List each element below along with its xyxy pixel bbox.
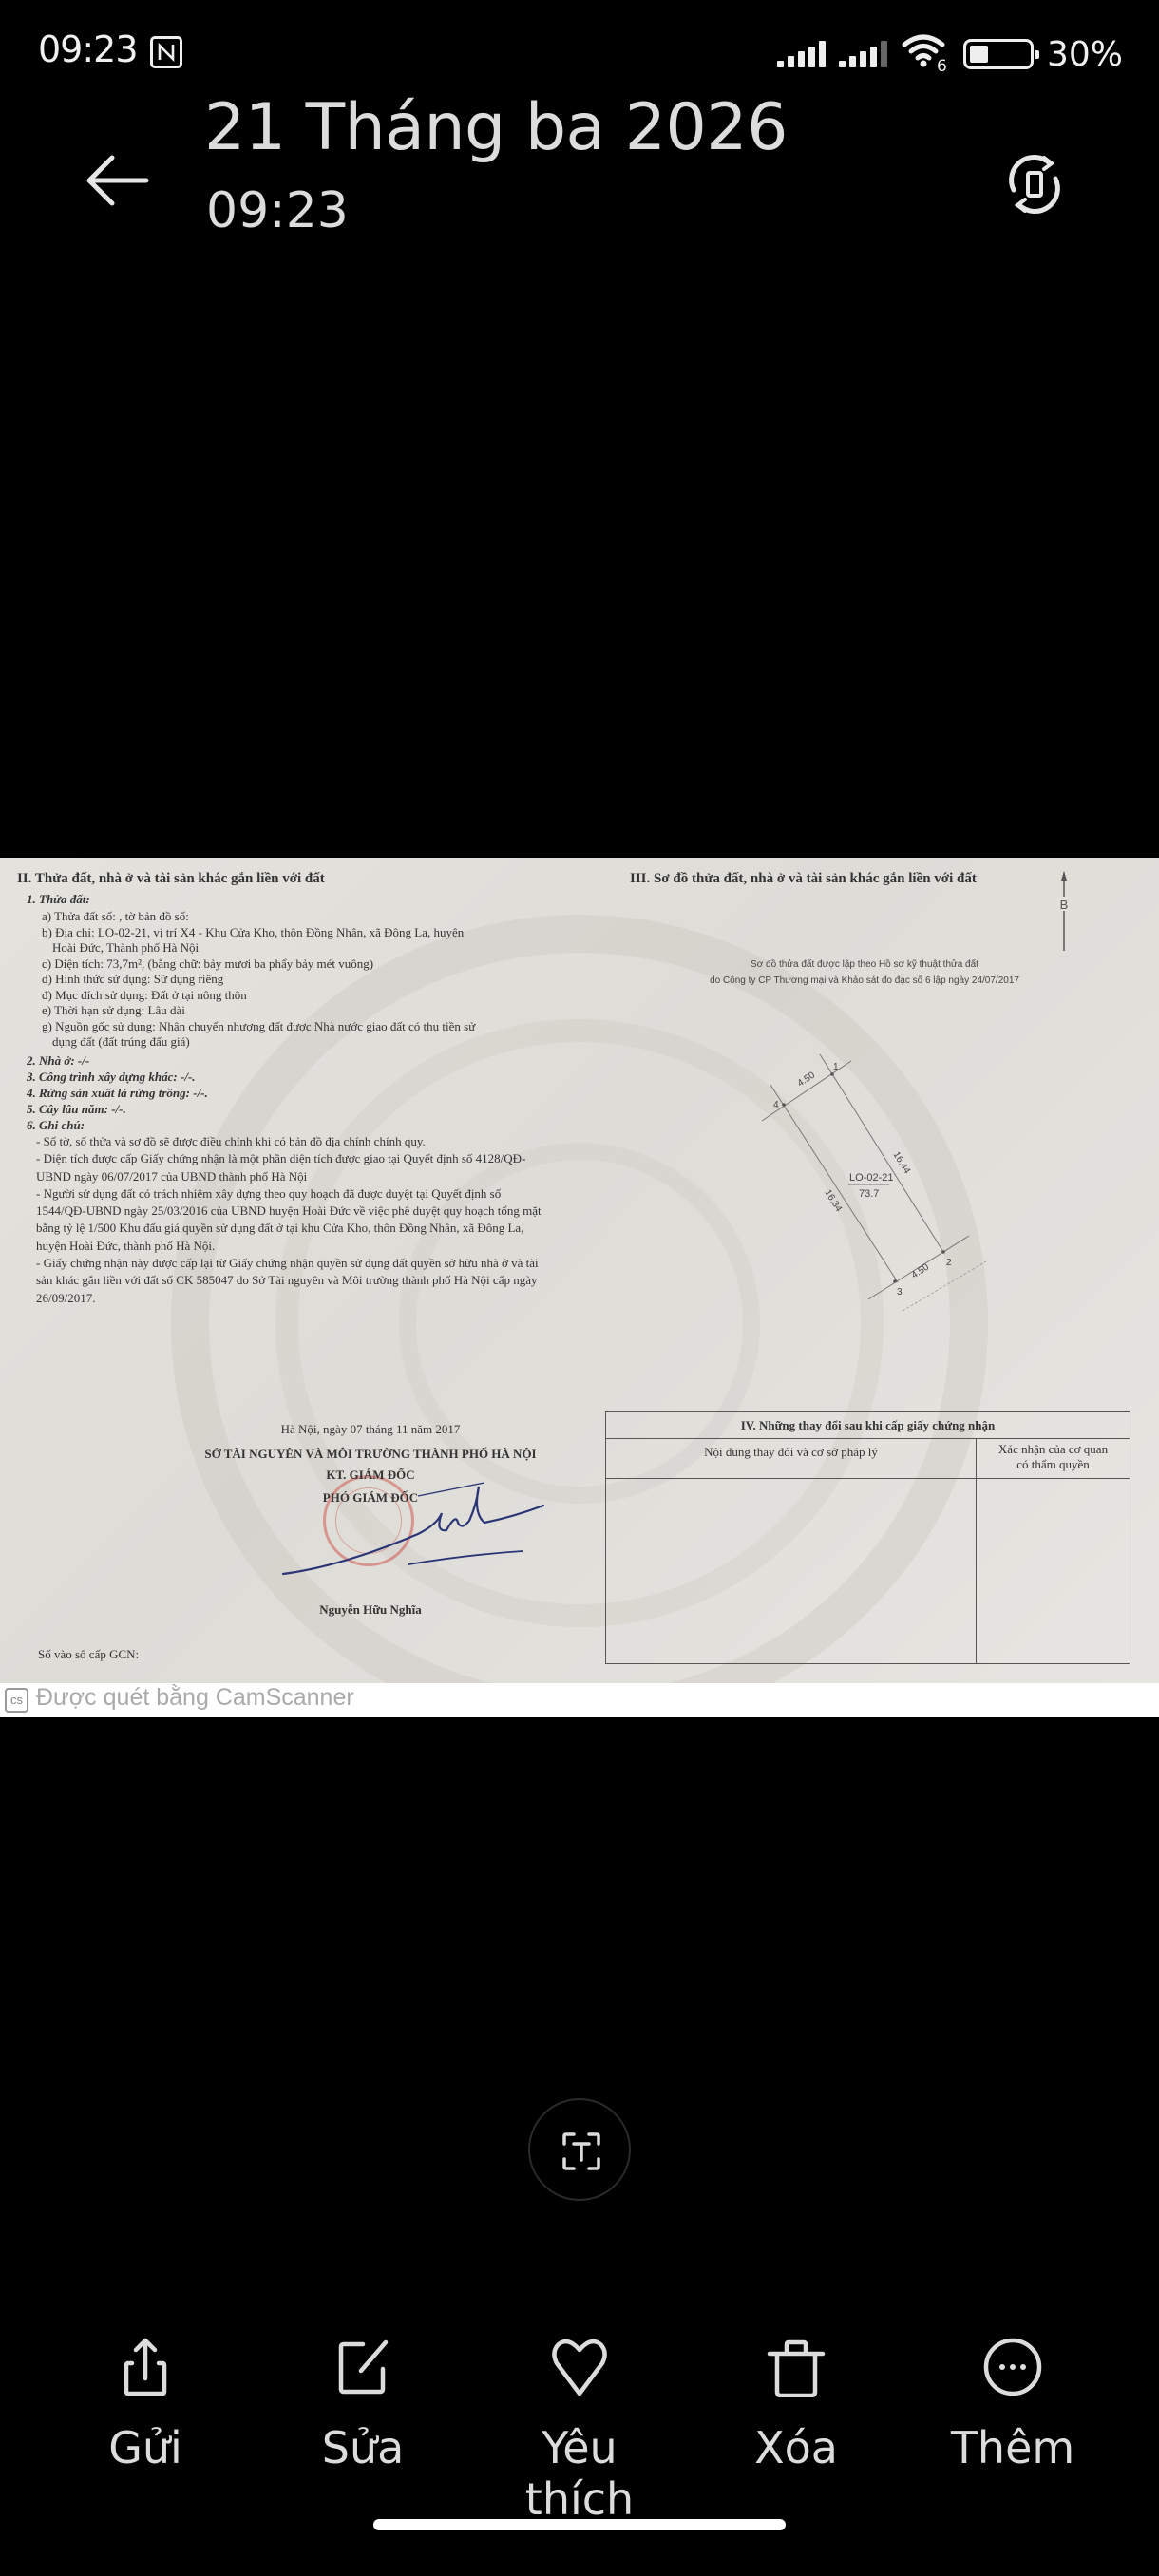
svg-text:4: 4	[773, 1100, 779, 1110]
heart-icon	[549, 2337, 610, 2397]
delete-label: Xóa	[701, 2422, 891, 2473]
svg-text:16.34: 16.34	[822, 1188, 844, 1214]
edit-button[interactable]: Sửa	[268, 2337, 458, 2473]
svg-text:B: B	[1060, 898, 1069, 912]
note-item: - Diện tích được cấp Giấy chứng nhận là …	[36, 1150, 549, 1185]
changes-cell-content	[606, 1479, 977, 1663]
note-item: - Giấy chứng nhận này được cấp lại từ Gi…	[36, 1255, 549, 1307]
note-item: - Số tờ, số thửa và sơ đồ sẽ được điều c…	[36, 1133, 549, 1150]
document-photo[interactable]: II. Thửa đất, nhà ở và tài sản khác gắn …	[0, 858, 1159, 1683]
signal-icon-sim2	[839, 41, 887, 67]
more-label: Thêm	[918, 2422, 1108, 2473]
trash-icon	[766, 2337, 826, 2397]
section-3-title: III. Sơ đồ thửa đất, nhà ở và tài sản kh…	[630, 871, 977, 887]
note-item: - Người sử dụng đất có trách nhiệm xây d…	[36, 1185, 549, 1255]
rotate-screen-icon	[1002, 152, 1067, 217]
col2-line1: Xác nhận của cơ quan	[977, 1442, 1130, 1457]
favorite-label: Yêu thích	[484, 2422, 674, 2525]
changes-col-confirmation: Xác nhận của cơ quan có thẩm quyền	[977, 1439, 1130, 1478]
status-time: 09:23	[38, 28, 138, 70]
battery-icon	[963, 39, 1034, 69]
gcn-register-label: Số vào sổ cấp GCN:	[38, 1647, 139, 1662]
section-2-sub1: 1. Thửa đất:	[27, 892, 90, 907]
status-bar: 09:23 6 30%	[0, 27, 1159, 80]
svg-text:73.7: 73.7	[859, 1188, 879, 1200]
section-2-sub4: 4. Rừng sản xuất là rừng trồng: -/-.	[27, 1086, 208, 1101]
camscanner-text: Được quét bằng CamScanner	[36, 1684, 354, 1712]
signal-icon-sim1	[777, 41, 826, 67]
section-2-sub5: 5. Cây lâu năm: -/-.	[27, 1102, 126, 1117]
edit-icon	[332, 2337, 393, 2397]
issue-date: Hà Nội, ngày 07 tháng 11 năm 2017	[152, 1422, 589, 1437]
section-2-sub2: 2. Nhà ở: -/-	[27, 1053, 89, 1069]
delete-button[interactable]: Xóa	[701, 2337, 891, 2473]
share-label: Gửi	[50, 2422, 240, 2473]
land-plot-diagram: 1 2 3 4 4.50 16.44 16.34 4.50 LO-02-21 7…	[741, 1045, 1045, 1311]
text-scan-icon	[559, 2129, 604, 2174]
section-2-sub6: 6. Ghi chú:	[27, 1118, 85, 1133]
survey-line-1: Sơ đồ thửa đất được lập theo Hồ sơ kỹ th…	[684, 957, 1045, 973]
issuing-org: SỞ TÀI NGUYÊN VÀ MÔI TRƯỜNG THÀNH PHỐ HÀ…	[123, 1447, 617, 1462]
svg-text:2: 2	[946, 1258, 952, 1268]
doc-line: e) Thời hạn sử dụng: Lâu dài	[42, 1003, 185, 1018]
favorite-button[interactable]: Yêu thích	[484, 2337, 674, 2525]
doc-line: a) Thửa đất số: , tờ bản đồ số:	[42, 909, 189, 924]
share-icon	[115, 2337, 176, 2397]
bottom-toolbar: Gửi Sửa Yêu thích Xóa Thêm	[0, 2337, 1159, 2489]
svg-text:3: 3	[897, 1287, 902, 1297]
doc-line: g) Nguồn gốc sử dụng: Nhận chuyển nhượng…	[42, 1019, 475, 1034]
arrow-left-icon	[84, 152, 152, 209]
battery-percent: 30%	[1047, 35, 1123, 74]
back-button[interactable]	[84, 152, 152, 209]
rotate-button[interactable]	[1002, 152, 1067, 217]
share-button[interactable]: Gửi	[50, 2337, 240, 2473]
doc-line: b) Địa chỉ: LO-02-21, vị trí X4 - Khu Cử…	[42, 925, 464, 940]
signer-name: Nguyễn Hữu Nghĩa	[152, 1602, 589, 1618]
doc-line: dụng đất (đất trúng đấu giá)	[52, 1034, 190, 1050]
battery-fill	[970, 46, 988, 63]
survey-note: Sơ đồ thửa đất được lập theo Hồ sơ kỹ th…	[684, 957, 1045, 989]
home-indicator[interactable]	[373, 2519, 786, 2530]
notes-text: - Số tờ, số thửa và sơ đồ sẽ được điều c…	[36, 1133, 549, 1307]
svg-text:1: 1	[833, 1062, 839, 1072]
section-2-title: II. Thửa đất, nhà ở và tài sản khác gắn …	[17, 871, 325, 887]
photo-time: 09:23	[206, 182, 349, 239]
section-4-title: IV. Những thay đổi sau khi cấp giấy chứn…	[606, 1412, 1130, 1439]
more-button[interactable]: Thêm	[918, 2337, 1108, 2473]
col2-line2: có thẩm quyền	[977, 1457, 1130, 1472]
edit-label: Sửa	[268, 2422, 458, 2473]
changes-col-content: Nội dung thay đổi và cơ sở pháp lý	[606, 1439, 977, 1478]
doc-line: đ) Mục đích sử dụng: Đất ở tại nông thôn	[42, 988, 247, 1003]
camscanner-logo-icon: cs	[5, 1688, 28, 1713]
status-icons: 6 30%	[777, 34, 1123, 74]
camscanner-footer: cs Được quét bằng CamScanner	[0, 1683, 1159, 1717]
wifi-icon: 6	[901, 32, 950, 76]
text-recognition-button[interactable]	[528, 2098, 631, 2201]
svg-text:LO-02-21: LO-02-21	[849, 1172, 893, 1184]
section-2-sub3: 3. Công trình xây dựng khác: -/-.	[27, 1070, 196, 1085]
doc-line: Hoài Đức, Thành phố Hà Nội	[52, 940, 199, 956]
north-arrow-icon: B	[1053, 869, 1075, 955]
more-icon	[982, 2337, 1043, 2397]
doc-line: c) Diện tích: 73,7m², (bằng chữ: bảy mươ…	[42, 957, 373, 972]
changes-table: IV. Những thay đổi sau khi cấp giấy chứn…	[605, 1411, 1130, 1664]
doc-line: d) Hình thức sử dụng: Sử dụng riêng	[42, 972, 223, 987]
svg-text:6: 6	[937, 57, 947, 72]
nfc-icon	[150, 36, 182, 68]
handwritten-signature	[275, 1475, 551, 1589]
photo-date: 21 Tháng ba 2026	[204, 90, 788, 165]
svg-text:4.50: 4.50	[910, 1261, 932, 1280]
survey-line-2: do Công ty CP Thương mại và Khảo sát đo …	[684, 973, 1045, 989]
